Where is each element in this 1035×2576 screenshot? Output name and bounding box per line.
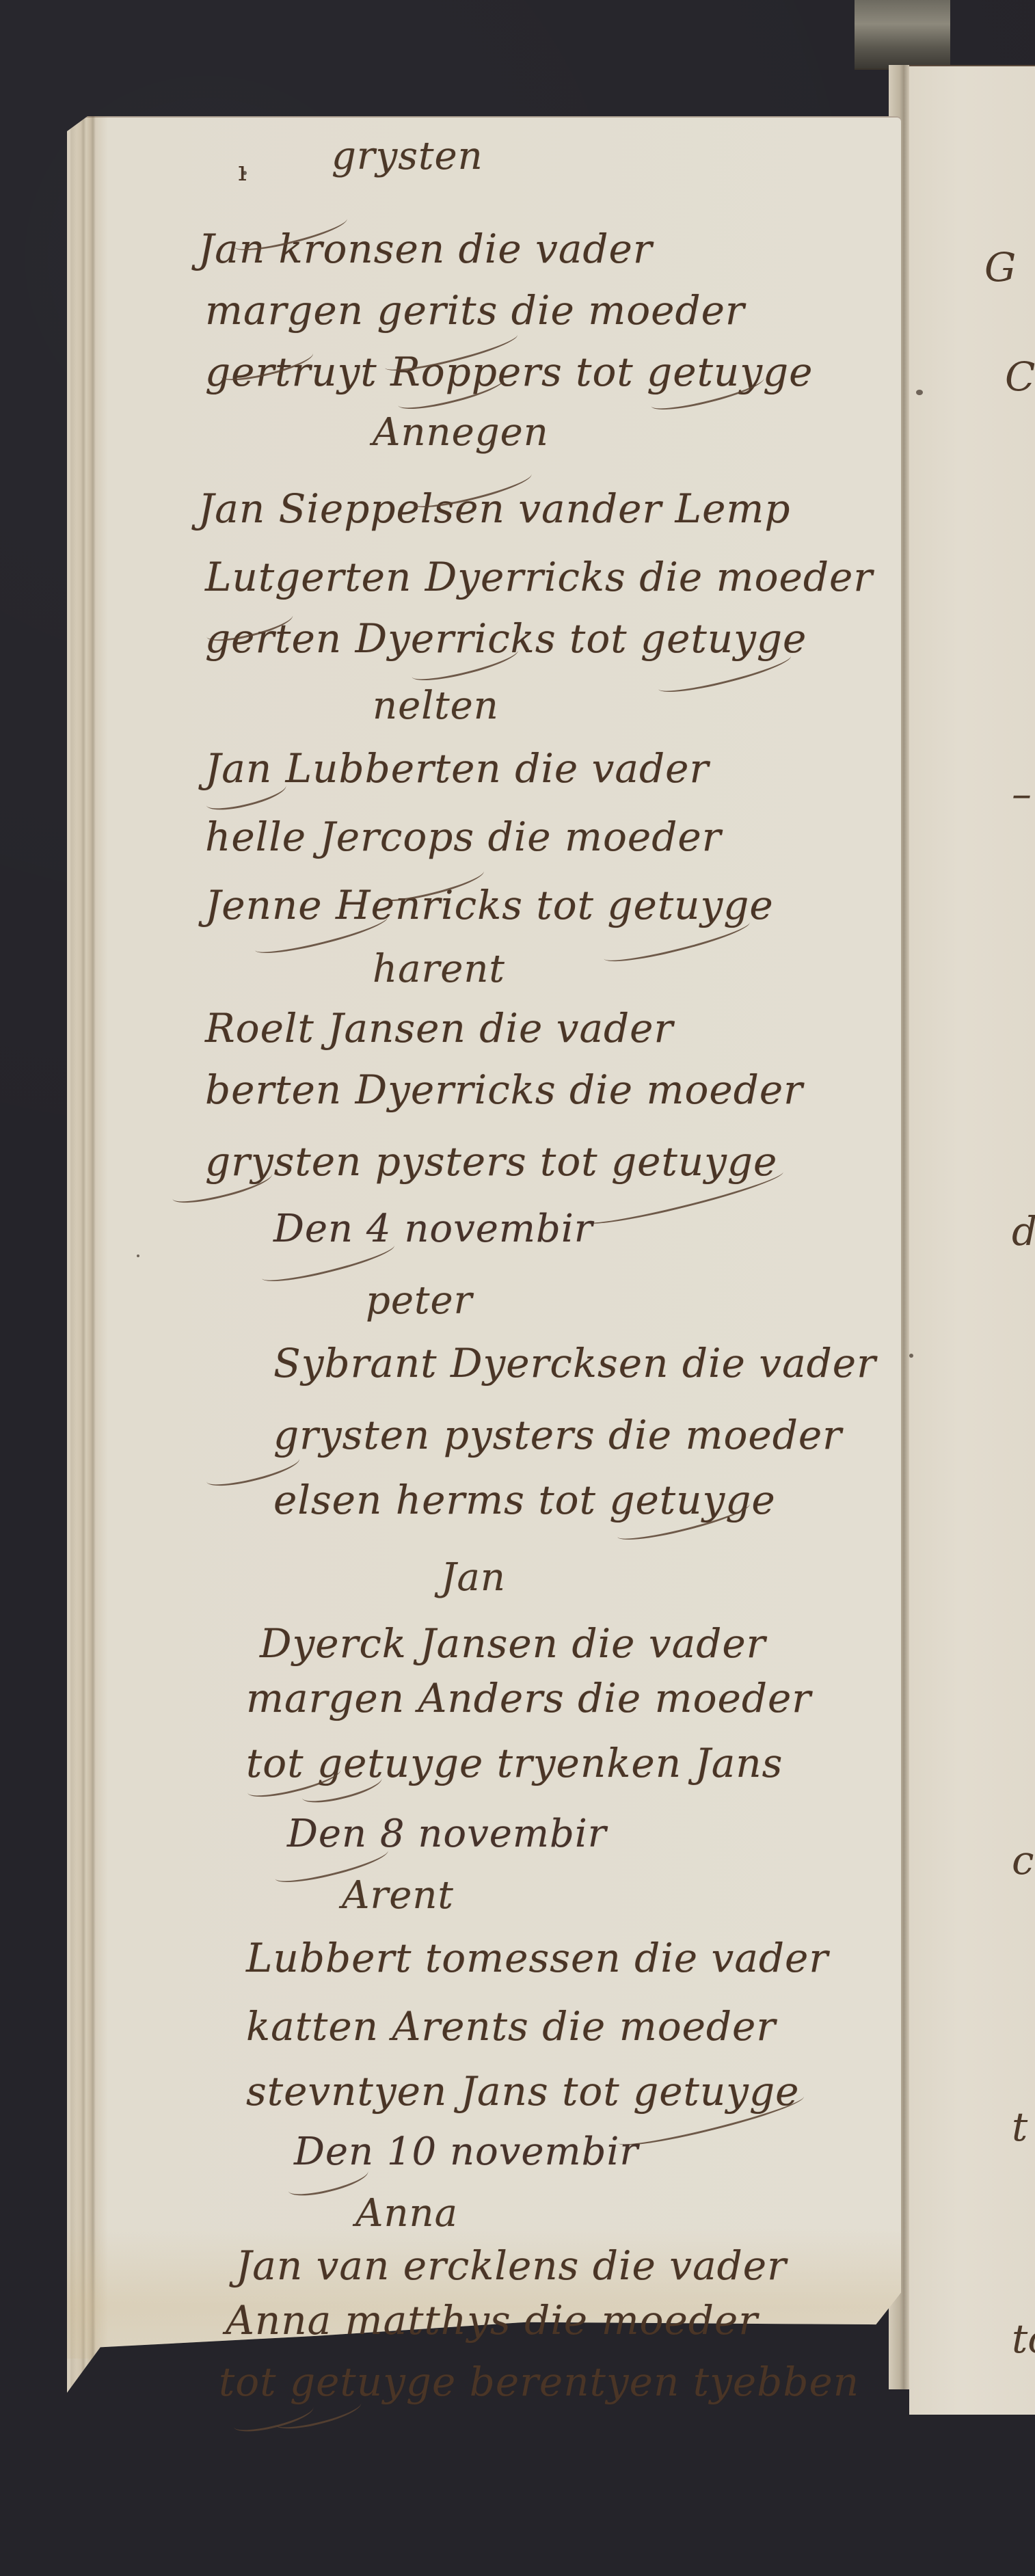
mother-line: katten Arents die moeder	[246, 2003, 776, 2050]
paper-speck	[137, 1255, 139, 1257]
facing-page-fragment: d	[1012, 1208, 1035, 1255]
witness-line: Jenne Henricks tot getuyge	[205, 882, 774, 928]
mother-line: Lutgerten Dyerricks die moeder	[205, 554, 873, 600]
date-heading: Den 4 novembir	[273, 1207, 593, 1251]
paper-speck	[909, 1354, 913, 1358]
child-name: Arent	[342, 1873, 454, 1918]
father-line: Roelt Jansen die vader	[205, 1005, 673, 1051]
manuscript-page	[67, 116, 901, 2393]
torn-paper-tab	[855, 0, 950, 70]
child-name: Annegen	[373, 410, 549, 455]
facing-page-fragment: t	[1012, 2104, 1027, 2150]
child-name: Jan	[441, 1555, 506, 1600]
mother-line: helle Jercops die moeder	[205, 814, 721, 860]
child-name: harent	[373, 947, 505, 991]
facing-page: G C – d c t to	[909, 65, 1035, 2415]
child-name: peter	[366, 1278, 472, 1323]
facing-page-fragment: G	[984, 244, 1016, 291]
date-heading: Den 8 novembir	[287, 1812, 607, 1856]
facing-page-fragment: C	[1005, 353, 1035, 400]
child-name: grysten	[332, 134, 483, 178]
father-line: Jan van ercklens die vader	[236, 2242, 787, 2289]
facing-page-fragment: –	[1012, 770, 1032, 817]
witness-line: tot getuyge berentyen tyebben	[219, 2359, 859, 2405]
mother-line: grysten pysters die moeder	[273, 1412, 842, 1458]
witness-line: grysten pysters tot getuyge	[205, 1138, 777, 1185]
paper-speck	[916, 390, 923, 395]
child-name: Anna	[355, 2191, 458, 2236]
facing-page-fragment: c	[1012, 1837, 1034, 1883]
father-line: Lubbert tomessen die vader	[246, 1935, 829, 1981]
father-line: Sybrant Dyercksen die vader	[273, 1340, 876, 1386]
mother-line: berten Dyerricks die moeder	[205, 1066, 803, 1113]
mother-line: Anna matthys die moeder	[226, 2297, 758, 2344]
paper-speck	[243, 171, 247, 175]
facing-page-fragment: to	[1012, 2316, 1035, 2362]
father-line: Dyerck Jansen die vader	[260, 1620, 766, 1667]
mother-line: margen Anders die moeder	[246, 1675, 811, 1721]
child-name: nelten	[373, 684, 499, 728]
mother-line: margen gerits die moeder	[205, 287, 745, 334]
